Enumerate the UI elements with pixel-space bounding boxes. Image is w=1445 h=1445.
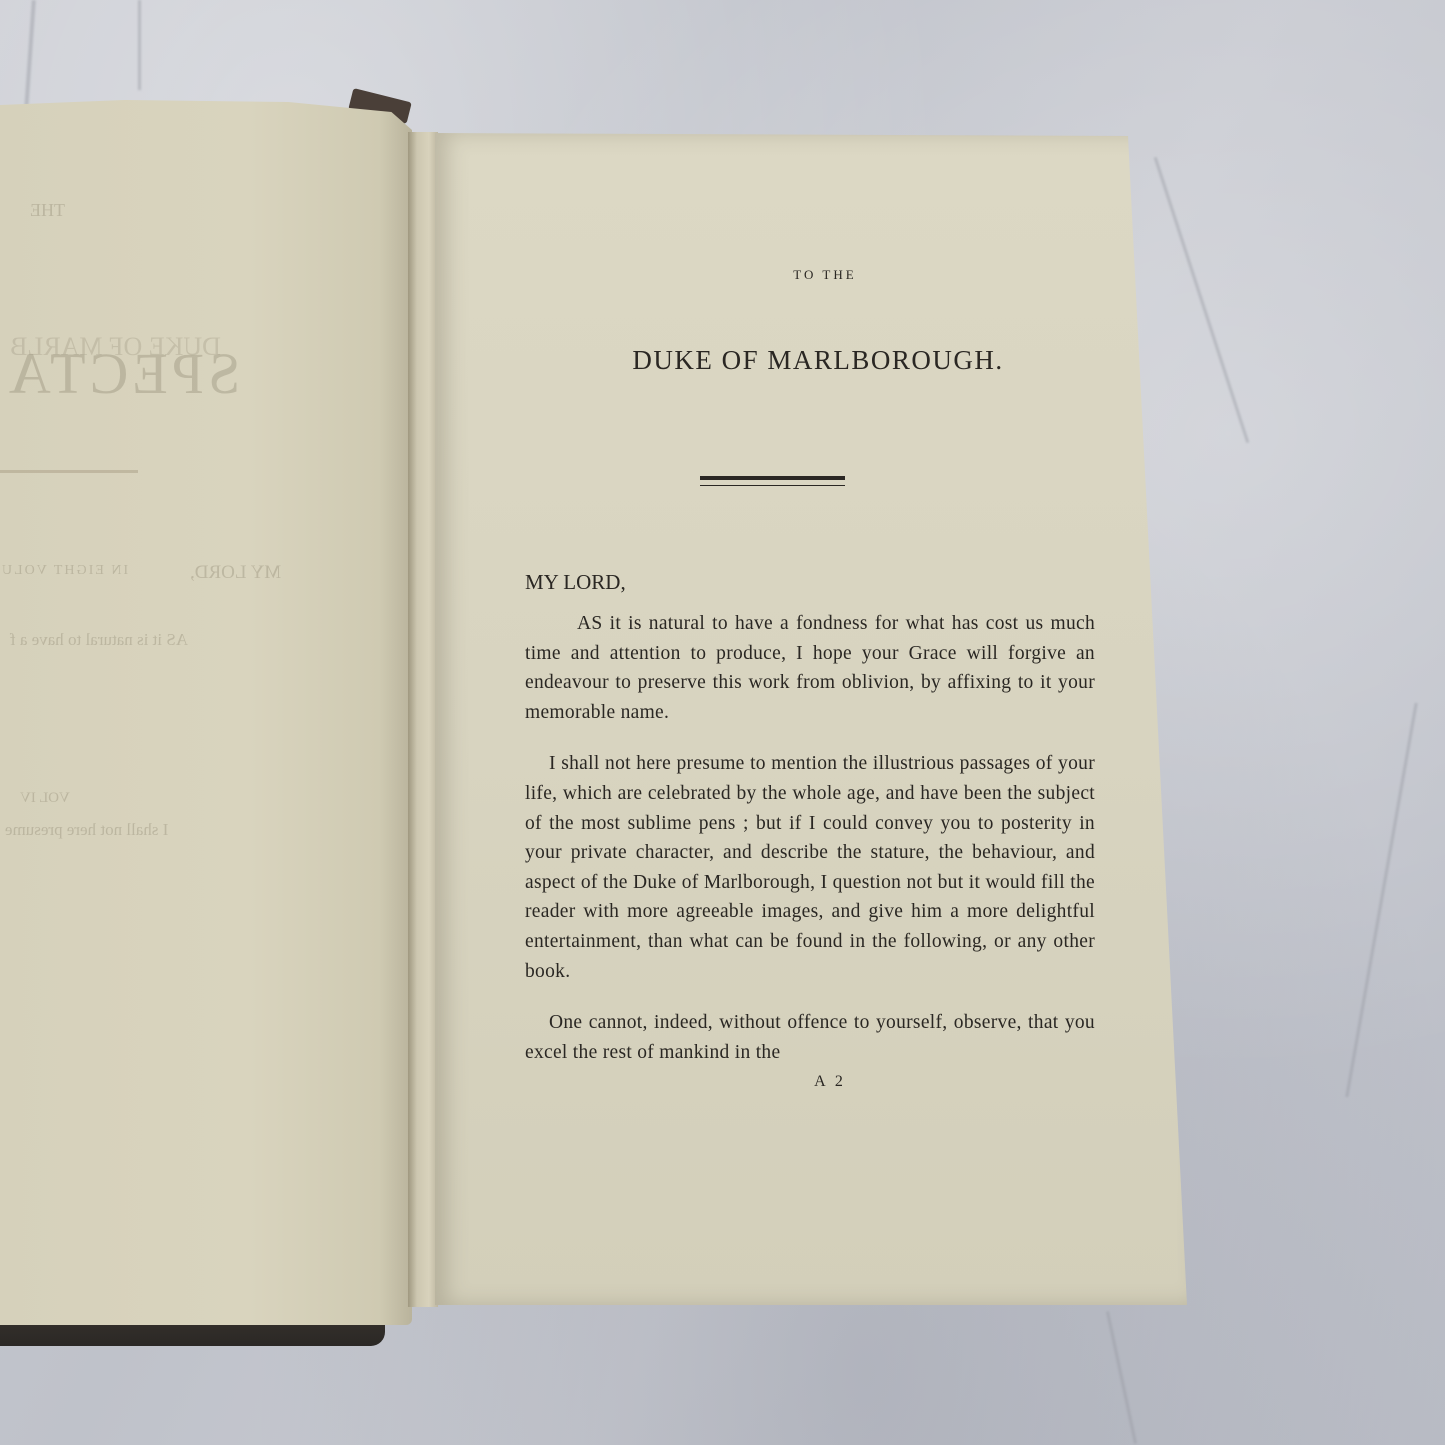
- bleed-through-text: VOL IV: [20, 790, 70, 807]
- heading-to-the: TO THE: [555, 267, 1095, 283]
- salutation: MY LORD,: [525, 570, 1095, 595]
- bleed-through-text: AS it is natural to have a f: [10, 630, 188, 650]
- marble-vein: [1345, 703, 1417, 1097]
- paragraph-2: I shall not here presume to mention the …: [525, 749, 1095, 986]
- bleed-through-text: THE: [30, 200, 65, 221]
- bleed-through-text: MY LORD,: [190, 562, 281, 584]
- heading-duke-of-marlborough: DUKE OF MARLBOROUGH.: [541, 345, 1095, 376]
- double-rule-divider: [700, 476, 845, 486]
- bleed-through-text: I shall not here presume: [5, 820, 168, 840]
- bleed-through-text: DUKE OF MARLB: [10, 332, 221, 362]
- signature-mark: A 2: [565, 1073, 1095, 1091]
- marble-vein: [138, 0, 141, 90]
- paragraph-1: AS it is natural to have a fondness for …: [525, 609, 1095, 727]
- bleed-through-text: IN EIGHT VOLU: [0, 563, 128, 579]
- book-gutter: [408, 132, 438, 1307]
- left-page: THE SPECTA DUKE OF MARLB IN EIGHT VOLU M…: [0, 100, 412, 1325]
- dedication-text-block: TO THE DUKE OF MARLBOROUGH. MY LORD, AS …: [525, 255, 1095, 1091]
- paragraph-3: One cannot, indeed, without offence to y…: [525, 1008, 1095, 1067]
- marble-vein: [1154, 157, 1250, 443]
- marble-vein: [1106, 1311, 1137, 1444]
- bleed-through-rule: [0, 470, 138, 473]
- marble-vein: [24, 0, 36, 110]
